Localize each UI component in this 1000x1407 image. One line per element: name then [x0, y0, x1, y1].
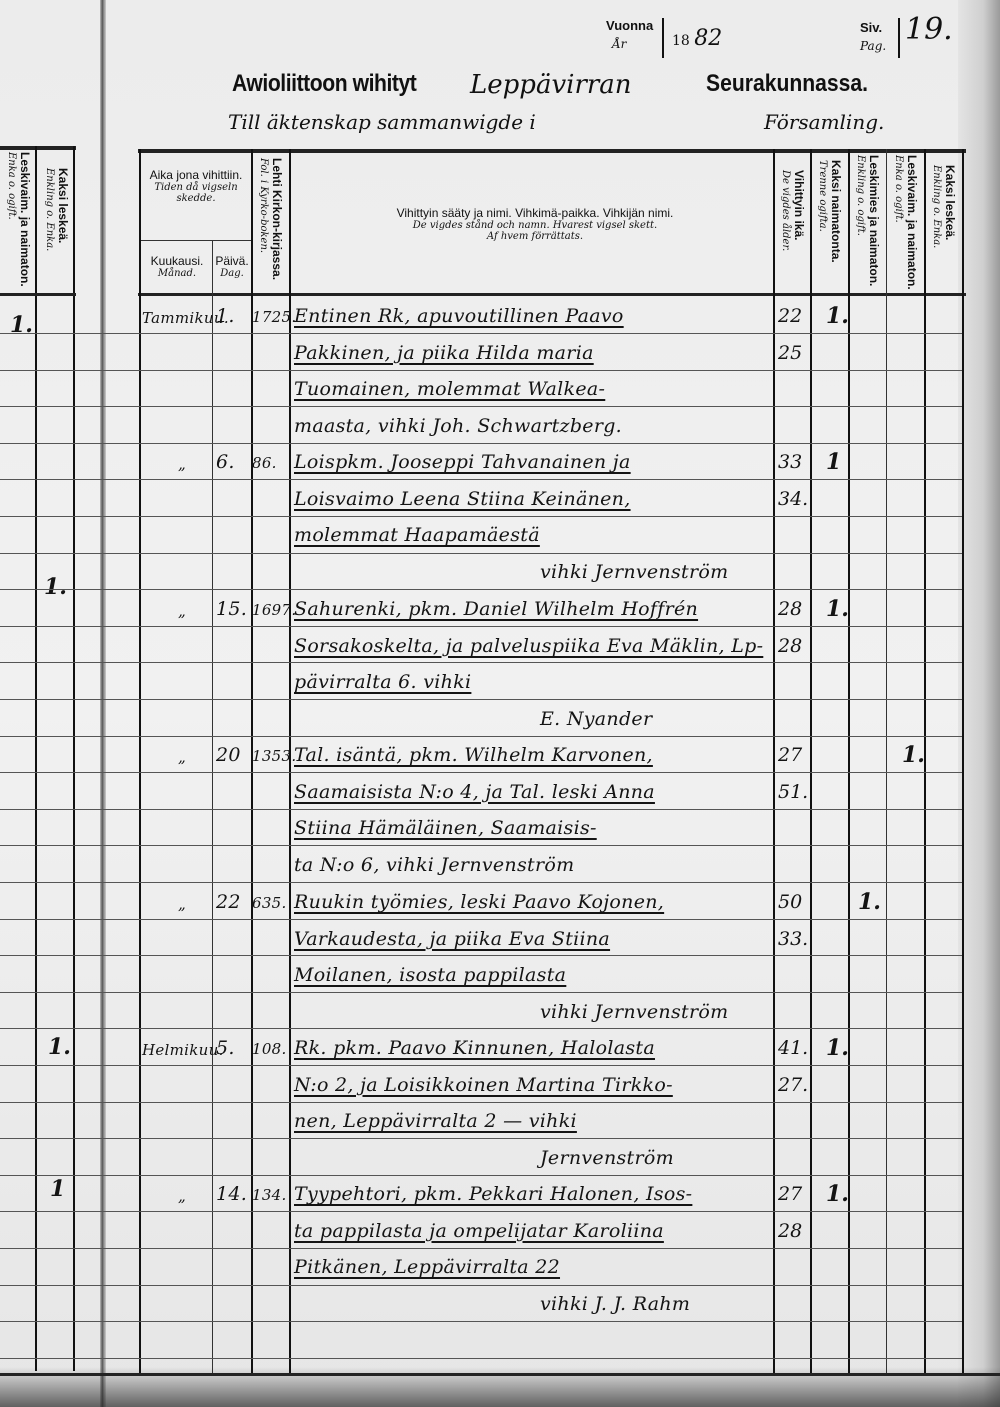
- entry-month: „: [178, 1187, 186, 1205]
- page-edge: [958, 0, 1000, 1407]
- entry-line: Entinen Rk, apuvoutillinen Paavo: [294, 305, 624, 327]
- year-label: Vuonna År: [606, 18, 653, 51]
- both-unmarried-mark: 1.: [826, 596, 849, 622]
- entry-folio: 134.: [252, 1186, 287, 1204]
- entry-line: Sahurenki, pkm. Daniel Wilhelm Hoffrén: [294, 598, 698, 620]
- entry-folio: 86.: [252, 454, 277, 472]
- both-widowed-fi: Kaksi leskeä.: [943, 165, 957, 240]
- left-mark: 1.: [44, 574, 67, 600]
- left-mark: 1.: [48, 1034, 71, 1060]
- date-subheader-rule: [141, 240, 253, 241]
- page-label-fi: Siv.: [860, 20, 886, 35]
- both-unmarried-mark: 1.: [826, 1181, 849, 1207]
- main-header-sv1: De vigdes stånd och namn. Hvarest vigsel…: [300, 220, 770, 231]
- widow-unmarried-header: Leskivaim. ja naimaton. Enka o. ogift.: [891, 155, 919, 290]
- ruled-line: [0, 845, 962, 846]
- entry-day: 22: [216, 891, 241, 913]
- age-sv: De vigdes ålder.: [780, 170, 791, 251]
- ruled-line: [0, 992, 962, 993]
- both-unmarried-mark: 1.: [826, 303, 849, 329]
- parish-name-handwritten: Leppävirran: [470, 70, 632, 100]
- ruled-line: [0, 1248, 962, 1249]
- page-title-sv: Till äktenskap sammanwigde i: [228, 110, 536, 134]
- entry-line: Ruukin työmies, leski Paavo Kojonen,: [294, 891, 664, 913]
- entry-line: nen, Leppävirralta 2 — vihki: [294, 1110, 577, 1132]
- ruled-line: [0, 1175, 962, 1176]
- widow-unmarried-fi: Leskivaim. ja naimaton.: [905, 155, 919, 290]
- entry-line: vihki Jernvenström: [540, 1001, 728, 1023]
- ruled-line: [0, 1065, 962, 1066]
- entry-line: ta N:o 6, vihki Jernvenström: [294, 854, 574, 876]
- ruled-line: [0, 882, 962, 883]
- age-fi: Vihittyin ikä.: [792, 170, 806, 240]
- entry-line: molemmat Haapamäestä: [294, 524, 540, 546]
- entry-age: 28: [778, 1220, 802, 1242]
- entry-line: Sorsakoskelta, ja palveluspiika Eva Mäkl…: [294, 635, 763, 657]
- entry-day: 6.: [216, 451, 235, 473]
- entry-line: vihki J. J. Rahm: [540, 1293, 690, 1315]
- left-header-rule: [0, 146, 76, 150]
- year-handwritten: 82: [694, 26, 722, 51]
- entry-folio: 1725.: [252, 308, 296, 326]
- entry-day: 5.: [216, 1037, 235, 1059]
- entry-line: maasta, vihki Joh. Schwartzberg.: [294, 415, 622, 437]
- age-header: Vihittyin ikä. De vigdes ålder.: [778, 170, 806, 290]
- page-title-sv-end: Församling.: [764, 110, 884, 134]
- entry-age: 28: [778, 635, 802, 657]
- both-unmarried-mark: 1: [826, 449, 841, 475]
- page-title-fi-end: Seurakunnassa.: [706, 70, 868, 98]
- entry-line: pävirralta 6. vihki: [294, 671, 471, 693]
- entry-age: 22: [778, 305, 802, 327]
- left-mark: 1: [50, 1176, 65, 1202]
- main-header-fi: Vihittyin sääty ja nimi. Vihkimä-paikka.…: [300, 206, 770, 220]
- ruled-line: [0, 370, 962, 371]
- left-mark: 1.: [10, 312, 33, 338]
- date-group-fi: Aika jona vihittiin.: [142, 168, 250, 182]
- entry-line: Tal. isäntä, pkm. Wilhelm Karvonen,: [294, 744, 653, 766]
- entry-month: „: [178, 895, 186, 913]
- ruled-line: [0, 772, 962, 773]
- year-brace: [662, 18, 664, 58]
- ruled-line: [0, 699, 962, 700]
- main-header: Vihittyin sääty ja nimi. Vihkimä-paikka.…: [300, 206, 770, 242]
- entry-age: 41.: [778, 1037, 808, 1059]
- entry-month: Helmikuu.: [142, 1041, 224, 1059]
- page-brace: [898, 18, 900, 58]
- entry-line: ta pappilasta ja ompelijatar Karoliina: [294, 1220, 664, 1242]
- ruled-line: [0, 1358, 962, 1359]
- ruled-line: [0, 809, 962, 810]
- ruled-line: [0, 1285, 962, 1286]
- bottom-shadow: [0, 1367, 1000, 1407]
- entry-age: 33.: [778, 928, 808, 950]
- year-label-sv: År: [612, 37, 653, 51]
- ruled-line: [0, 443, 962, 444]
- entry-line: N:o 2, ja Loisikkoinen Martina Tirkko-: [294, 1074, 673, 1096]
- entry-day: 1.: [216, 305, 235, 327]
- page-number: 19.: [905, 12, 953, 47]
- widower-unmarried-sv: Enkling o. ogift.: [855, 155, 866, 236]
- ruled-line: [0, 553, 962, 554]
- entry-line: Loisvaimo Leena Stiina Keinänen,: [294, 488, 631, 510]
- entry-line: Loispkm. Jooseppi Tahvanainen ja: [294, 451, 631, 473]
- ruled-line: [0, 736, 962, 737]
- entry-folio: 635.: [252, 894, 287, 912]
- both-unmarried-sv: Trenne ogifta.: [817, 160, 828, 232]
- left-col2-sv: Enkling o. Enka.: [44, 168, 55, 251]
- month-sv: Månad.: [142, 268, 212, 279]
- folio-fi: Lehti Kirkon-kirjassa.: [270, 158, 284, 280]
- ruled-line: [0, 333, 962, 334]
- entry-age: 33: [778, 451, 802, 473]
- widower-unmarried-fi: Leskimies ja naimaton.: [867, 155, 881, 286]
- widower-unmarried-header: Leskimies ja naimaton. Enkling o. ogift.: [853, 155, 881, 290]
- entry-age: 51.: [778, 781, 808, 803]
- left-col-border: [73, 146, 75, 1371]
- ruled-line: [0, 919, 962, 920]
- day-sv: Dag.: [213, 268, 251, 279]
- ruled-line: [0, 406, 962, 407]
- ruled-line: [0, 662, 962, 663]
- left-col1-fi: Leskivaim. ja naimaton.: [18, 152, 32, 287]
- both-unmarried-header: Kaksi naimatonta. Trenne ogifta.: [815, 160, 843, 290]
- left-col2-fi: Kaksi leskeä.: [56, 168, 70, 243]
- widower-unmarried-mark: 1.: [902, 742, 925, 768]
- year-value: 18 82: [672, 26, 722, 51]
- entry-age: 28: [778, 598, 802, 620]
- ruled-line: [0, 589, 962, 590]
- entry-month: „: [178, 455, 186, 473]
- entry-line: Pakkinen, ja piika Hilda maria: [294, 342, 594, 364]
- month-fi: Kuukausi.: [142, 254, 212, 268]
- main-header-sv2: Af hvem förrättats.: [300, 231, 770, 242]
- page-label: Siv. Pag.: [860, 20, 886, 53]
- ruled-line: [0, 955, 962, 956]
- page-title-fi: Awioliittoon wihityt: [232, 70, 416, 98]
- entry-line: Stiina Hämäläinen, Saamaisis-: [294, 817, 597, 839]
- day-header: Päivä. Dag.: [213, 254, 251, 279]
- entry-month: „: [178, 748, 186, 766]
- entry-age: 27: [778, 1183, 802, 1205]
- left-col2-header: Kaksi leskeä. Enkling o. Enka.: [42, 168, 70, 288]
- both-widowed-sv: Enkling o. Enka.: [931, 165, 942, 248]
- both-unmarried-mark: 1.: [826, 1035, 849, 1061]
- entry-day: 15.: [216, 598, 247, 620]
- entry-folio: 1353.: [252, 747, 296, 765]
- entry-folio: 108.: [252, 1040, 287, 1058]
- entry-line: Jernvenström: [540, 1147, 674, 1169]
- col-border-right: [962, 149, 964, 1374]
- entry-line: Moilanen, isosta pappilasta: [294, 964, 566, 986]
- ruled-line: [0, 1028, 962, 1029]
- entry-age: 34.: [778, 488, 808, 510]
- widower-unmarried-mark: 1.: [858, 889, 881, 915]
- entry-age: 27.: [778, 1074, 808, 1096]
- both-unmarried-fi: Kaksi naimatonta.: [829, 160, 843, 263]
- entry-line: Tuomainen, molemmat Walkea-: [294, 378, 605, 400]
- day-fi: Päivä.: [213, 254, 251, 268]
- entry-line: E. Nyander: [540, 708, 652, 730]
- entry-line: Varkaudesta, ja piika Eva Stiina: [294, 928, 610, 950]
- col-border-month-day: [212, 240, 213, 1374]
- date-group-sv: Tiden då vigseln skedde.: [142, 182, 250, 204]
- entry-line: Saamaisista N:o 4, ja Tal. leski Anna: [294, 781, 655, 803]
- left-col1-header: Leskivaim. ja naimaton. Enka o. ogift.: [4, 152, 32, 287]
- date-group-header: Aika jona vihittiin. Tiden då vigseln sk…: [142, 168, 250, 204]
- table-header-rule: [138, 293, 966, 296]
- entry-age: 50: [778, 891, 802, 913]
- entry-age: 27: [778, 744, 802, 766]
- month-header: Kuukausi. Månad.: [142, 254, 212, 279]
- table-top-rule: [138, 149, 966, 153]
- left-col1-sv: Enka o. ogift.: [6, 152, 17, 220]
- ruled-line: [0, 1102, 962, 1103]
- entry-line: Tyypehtori, pkm. Pekkari Halonen, Isos-: [294, 1183, 692, 1205]
- entry-line: Pitkänen, Leppävirralta 22: [294, 1256, 560, 1278]
- ruled-line: [0, 626, 962, 627]
- register-page: Vuonna År 18 82 Siv. Pag. 19. Awioliitto…: [0, 0, 1000, 1407]
- ruled-line: [0, 479, 962, 480]
- ruled-line: [0, 1321, 962, 1322]
- entry-day: 14.: [216, 1183, 247, 1205]
- entry-month: „: [178, 602, 186, 620]
- entry-folio: 1697.: [252, 601, 296, 619]
- page-label-sv: Pag.: [860, 39, 886, 53]
- entry-line: Rk. pkm. Paavo Kinnunen, Halolasta: [294, 1037, 655, 1059]
- ruled-line: [0, 1138, 962, 1139]
- ruled-line: [0, 516, 962, 517]
- entry-day: 20: [216, 744, 241, 766]
- entry-line: vihki Jernvenström: [540, 561, 728, 583]
- entry-age: 25: [778, 342, 802, 364]
- ruled-line: [0, 1211, 962, 1212]
- left-col-divider: [35, 146, 37, 1371]
- left-subheader-rule: [0, 293, 76, 296]
- year-label-fi: Vuonna: [606, 18, 653, 33]
- year-prefix: 18: [672, 33, 690, 49]
- folio-sv: Fol. i Kyrko-boken.: [258, 158, 269, 253]
- folio-header: Lehti Kirkon-kirjassa. Fol. i Kyrko-boke…: [256, 158, 284, 290]
- binding-gutter: [100, 0, 106, 1407]
- both-widowed-header: Kaksi leskeä. Enkling o. Enka.: [929, 165, 957, 290]
- widow-unmarried-sv: Enka o. ogift.: [893, 155, 904, 223]
